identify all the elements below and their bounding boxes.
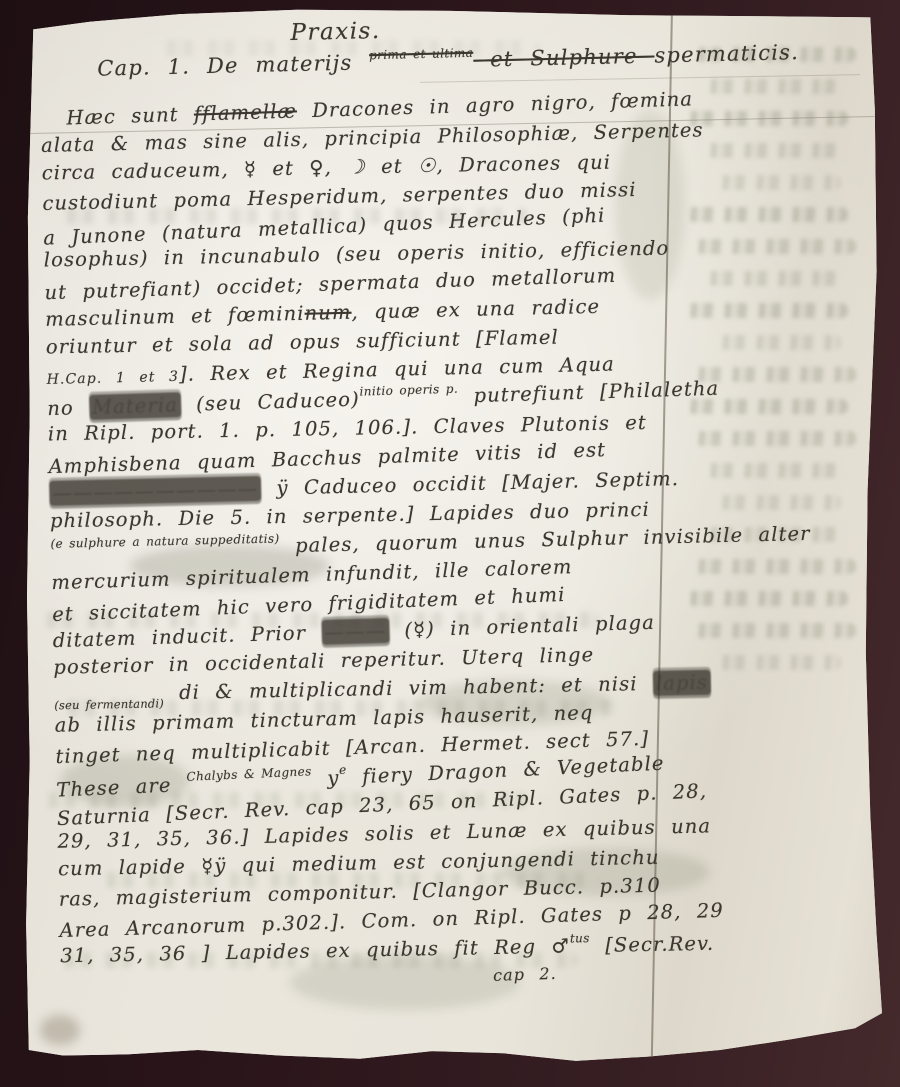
bleedthrough-line <box>694 431 856 446</box>
deleted-scribble: Materia <box>89 392 182 420</box>
bleedthrough-line <box>706 463 847 478</box>
interlinear-note: prima et ultima <box>369 46 473 62</box>
struck-text: num <box>304 301 351 325</box>
bleedthrough-line <box>718 335 841 350</box>
handwriting-block: Praxis. Cap. 1. De materijs prima et ult… <box>38 0 717 1001</box>
handwritten-text: ditatem inducit. Prior <box>52 621 321 652</box>
bleedthrough-line <box>686 591 848 606</box>
handwritten-text: [Secr.Rev. <box>590 932 715 957</box>
bleedthrough-line <box>706 79 847 94</box>
stain <box>40 1015 80 1045</box>
interlinear-note: (seu fermentandi) <box>54 696 164 712</box>
handwritten-text: Hæc sunt <box>66 103 194 130</box>
interlinear-note: tus <box>570 931 590 945</box>
handwritten-text: no <box>47 396 89 420</box>
bleedthrough-line <box>686 111 848 126</box>
handwritten-text: Cap. 1. De materijs <box>97 50 370 80</box>
interlinear-note: e <box>339 763 347 777</box>
handwritten-text: cap 2. <box>493 964 557 985</box>
manuscript-title: Praxis. <box>290 11 695 47</box>
bleedthrough-line <box>718 175 841 190</box>
bleedthrough-line <box>686 303 848 318</box>
manuscript-body: Hæc sunt fflamellæ Dracones in agro nigr… <box>40 87 717 1001</box>
interlinear-note: initio operis p. <box>359 382 458 399</box>
handwritten-text: H.Cap. 1 et 3 <box>46 369 179 388</box>
interlinear-note: Chalybs & Magnes <box>186 764 312 784</box>
bleedthrough-line <box>706 143 847 158</box>
chapter-heading: Cap. 1. De materijs prima et ultima et S… <box>97 43 695 81</box>
handwritten-text: These are <box>56 773 187 802</box>
handwritten-text: (seu Caduceo) <box>181 388 361 416</box>
photo-background: { "photo": { "background_color": "#2a151… <box>0 0 900 1087</box>
handwritten-text: putrefiunt [Philaletha <box>458 377 720 408</box>
deleted-scribble: ——— <box>321 618 390 645</box>
bleedthrough-line <box>686 399 848 414</box>
deleted-scribble: lapis <box>653 670 712 696</box>
handwritten-text: y <box>311 766 339 790</box>
bleedthrough-line <box>706 271 847 286</box>
bleedthrough-line <box>718 655 841 670</box>
deleted-scribble: —————————— <box>49 476 262 506</box>
handwritten-text: (☿) in orientali plaga <box>389 611 655 642</box>
handwritten-text: , quæ ex una radice <box>351 295 600 324</box>
bleedthrough-line <box>694 559 856 574</box>
bleedthrough-line <box>694 623 856 638</box>
bleedthrough-line <box>694 239 856 254</box>
struck-text: et Sulphure <box>473 43 655 71</box>
handwritten-text: spermaticis. <box>654 40 799 67</box>
struck-text: fflamellæ <box>194 99 298 125</box>
bleedthrough-line <box>718 495 841 510</box>
handwritten-text: masculinum et fœmini <box>45 302 305 331</box>
bleedthrough-line <box>686 207 848 222</box>
manuscript-page: Praxis. Cap. 1. De materijs prima et ult… <box>0 0 900 1087</box>
